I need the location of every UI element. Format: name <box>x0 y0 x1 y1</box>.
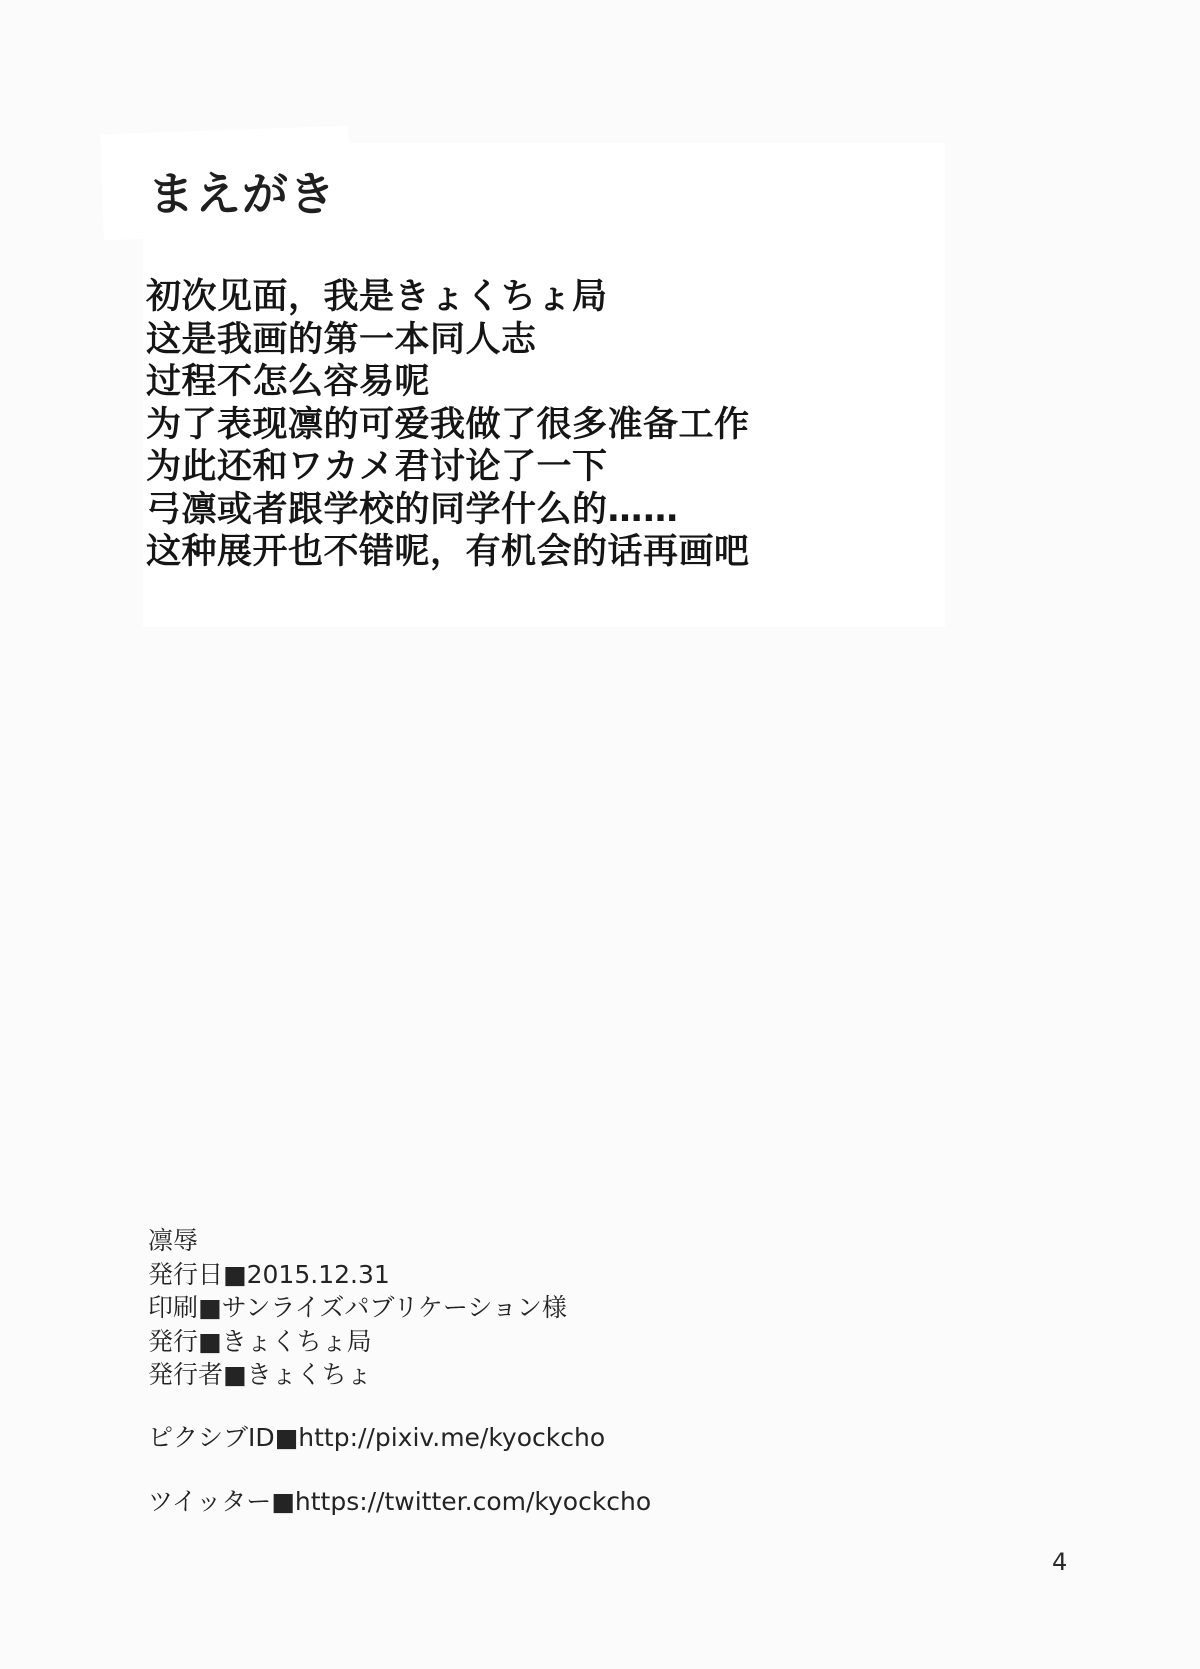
preface-title: まえがき <box>148 166 336 222</box>
colophon-pixiv-url: ピクシブID■http://pixiv.me/kyockcho <box>148 1421 651 1455</box>
preface-line: 为此还和ワカメ君讨论了一下 <box>146 446 750 489</box>
colophon-twitter-url: ツイッター■https://twitter.com/kyockcho <box>148 1485 651 1519</box>
preface-text-block: 初次见面，我是きょくちょ局 这是我画的第一本同人志 过程不怎么容易呢 为了表现凛… <box>146 276 750 574</box>
colophon-book-title: 凛辱 <box>148 1224 651 1258</box>
colophon-publisher: 発行■きょくちょ局 <box>148 1325 651 1359</box>
preface-line: 过程不怎么容易呢 <box>146 361 750 404</box>
preface-line: 弓凛或者跟学校的同学什么的…… <box>146 489 750 532</box>
preface-line: 为了表现凛的可爱我做了很多准备工作 <box>146 404 750 447</box>
scanned-document-page: まえがき 初次见面，我是きょくちょ局 这是我画的第一本同人志 过程不怎么容易呢 … <box>0 0 1200 1669</box>
preface-line: 初次见面，我是きょくちょ局 <box>146 276 750 319</box>
page-number: 4 <box>1052 1548 1067 1576</box>
preface-line: 这种展开也不错呢，有机会的话再画吧 <box>146 531 750 574</box>
colophon-publish-date: 発行日■2015.12.31 <box>148 1258 651 1292</box>
colophon-printer: 印刷■サンライズパブリケーション様 <box>148 1291 651 1325</box>
colophon-author: 発行者■きょくちょ <box>148 1358 651 1392</box>
preface-line: 这是我画的第一本同人志 <box>146 319 750 362</box>
colophon-block: 凛辱 発行日■2015.12.31 印刷■サンライズパブリケーション様 発行■き… <box>148 1224 651 1519</box>
